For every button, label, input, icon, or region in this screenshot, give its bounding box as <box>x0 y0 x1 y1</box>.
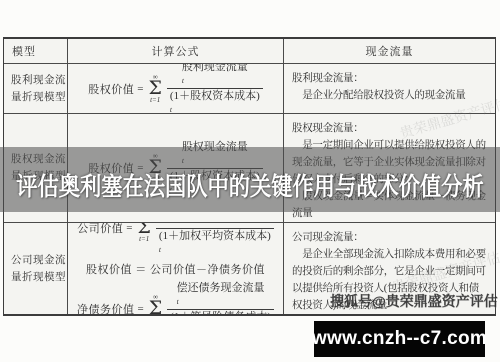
footer-url: www.cnzh--c7.com <box>312 328 487 350</box>
equals-sign: = <box>123 223 135 234</box>
formula-line: 股权价值 ＝ 公司价值－净债务价值 <box>86 261 265 277</box>
sigma-symbol: ∞Σt=1 <box>137 223 150 243</box>
sohu-watermark: 搜狐号@贵荣鼎盛资产评估 <box>330 291 498 311</box>
formula-cell-row-1: 股权价值=∞Σt=1股利现金流量t(1＋股权资本成本)t <box>68 64 284 114</box>
title-overlay-band: 评估奥利塞在法国队中的关键作用与战术价值分析 <box>0 147 500 212</box>
scanned-page: 模型 计算公式 现金流量 股利现金流量折现模型股权价值=∞Σt=1股利现金流量t… <box>0 0 500 362</box>
overlay-title: 评估奥利塞在法国队中的关键作用与战术价值分析 <box>16 167 484 203</box>
fraction-denominator: (1＋加权平均资本成本)t <box>156 228 274 256</box>
equals-sign: = <box>135 303 147 314</box>
formula-lhs: 股权价值 <box>88 81 134 97</box>
text-line: 量折现模型 <box>11 89 67 106</box>
formula-line: 股权价值=∞Σt=1股利现金流量t(1＋股权资本成本)t <box>88 64 262 114</box>
text-line: 股利现金流 <box>11 72 67 89</box>
text-line: 量折现模型 <box>11 269 67 286</box>
model-cell-row-3: 公司现金流量折现模型 <box>4 223 68 314</box>
fraction-denominator: (1＋股权资本成本)t <box>167 88 263 114</box>
subscript: t <box>171 223 259 227</box>
fraction: 股利现金流量t(1＋股权资本成本)t <box>167 64 263 114</box>
equals-sign: = <box>134 83 146 95</box>
fraction: 偿还债务现金流量t(1＋等风险债务成本)t <box>167 282 274 315</box>
header-model: 模型 <box>4 39 68 64</box>
text-line: 是企业分配给股权投资人的现金流量 <box>292 87 491 104</box>
fraction-denominator: (1＋等风险债务成本)t <box>167 309 274 315</box>
text-line: 股利现金流量： <box>292 70 491 87</box>
header-cashflow: 现金流量 <box>284 39 495 64</box>
subscript: t <box>177 295 265 308</box>
sigma-glyph: Σ <box>149 300 162 314</box>
sigma-symbol: ∞Σt=1 <box>149 294 162 314</box>
footer-url-bar: www.cnzh--c7.com <box>314 321 485 357</box>
text-line: 公司现金流 <box>11 252 67 269</box>
superscript: t <box>159 243 271 256</box>
model-cell-row-1: 股利现金流量折现模型 <box>4 64 68 114</box>
sigma-glyph: Σ <box>148 80 161 97</box>
formula-line: 净债务价值=∞Σt=1偿还债务现金流量t(1＋等风险债务成本)t <box>77 282 274 315</box>
formula-cell-row-3: 公司价值=∞Σt=1公司自由现金流量t(1＋加权平均资本成本)t股权价值 ＝ 公… <box>68 223 284 314</box>
fraction-numerator: 股利现金流量t <box>179 64 251 88</box>
sigma-lower-limit: t=1 <box>139 236 149 243</box>
text-line: 公司现金流量： <box>292 229 491 246</box>
sigma-symbol: ∞Σt=1 <box>148 74 161 104</box>
superscript: t <box>170 103 260 114</box>
subscript: t <box>182 74 248 87</box>
header-formula: 计算公式 <box>68 39 284 64</box>
formula-lhs: 净债务价值 <box>77 301 135 314</box>
sigma-lower-limit: t=1 <box>150 97 160 104</box>
formula-lhs: 公司价值 <box>77 223 123 236</box>
fraction-numerator: 偿还债务现金流量t <box>174 282 268 309</box>
formula-line: 公司价值=∞Σt=1公司自由现金流量t(1＋加权平均资本成本)t <box>77 223 273 256</box>
fraction: 公司自由现金流量t(1＋加权平均资本成本)t <box>156 223 274 256</box>
